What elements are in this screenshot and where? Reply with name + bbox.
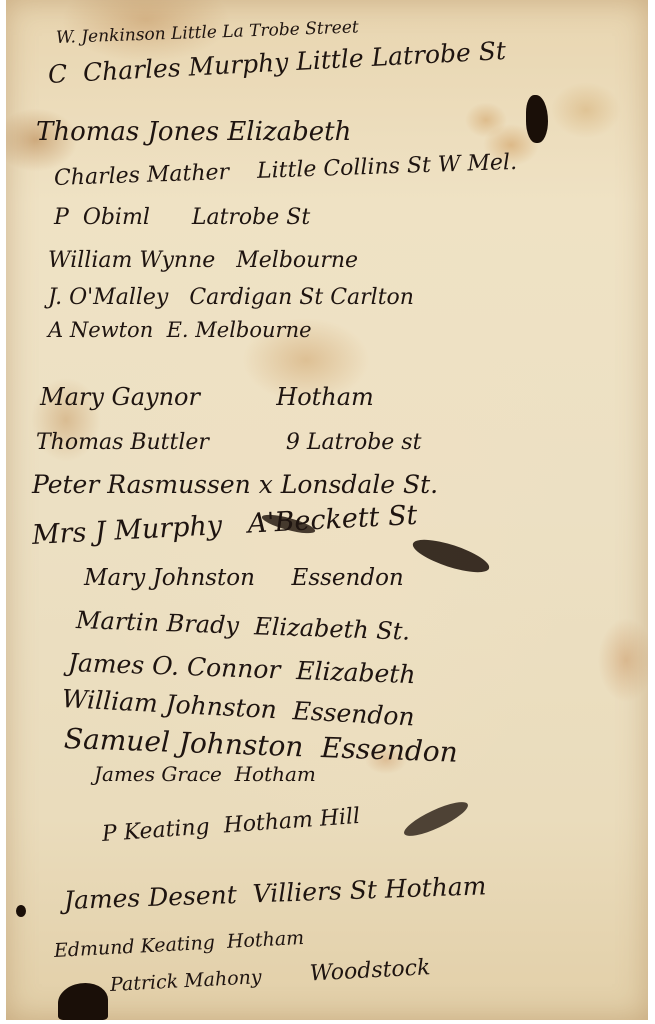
entry-address: Hotham [276,383,374,411]
entry-address: Latrobe St [192,205,310,230]
entry-line: Edmund Keating Hotham [53,927,304,962]
entry-name: Thomas Jones [36,117,219,147]
entry-line: Martin Brady Elizabeth St. [76,606,411,646]
ink-smear-middle [410,533,493,579]
entry-line: Peter Rasmussen x Lonsdale St. [32,470,438,499]
entry-name: Mrs J Murphy [31,510,223,551]
entry-address: Hotham [226,927,304,953]
entry-address: Cardigan St Carlton [189,285,414,310]
entry-line: Mary Gaynor Hotham [40,383,374,411]
entry-name: Thomas Buttler [36,430,209,455]
entry-address: Lonsdale St. [281,470,438,499]
entry-line: James Grace Hotham [94,762,316,786]
entry-prefix: C [47,59,68,89]
entry-address: Woodstock [309,955,431,986]
entry-address: Hotham [235,762,316,786]
ink-blot-top-right [526,95,548,143]
entry-name: J. O'Malley [48,285,168,310]
entry-prefix: P [54,205,69,230]
entry-address: Elizabeth [296,656,416,689]
entry-name: William Johnston [61,684,277,724]
ink-smear-hill [400,796,471,842]
entry-line: James O. Connor Elizabeth [67,648,415,689]
entry-line: Patrick Mahony Woodstock [109,955,431,997]
entry-line: Thomas Jones Elizabeth [36,117,351,147]
entry-address: Melbourne [236,248,358,273]
entry-line: J. O'Malley Cardigan St Carlton [48,285,414,310]
entry-address: Essendon [292,565,404,591]
entry-name: Peter Rasmussen [32,470,251,499]
entry-line: Charles Mather Little Collins St W Mel. [54,150,518,191]
entry-line: P Obiml Latrobe St [54,205,310,230]
entry-line: Thomas Buttler 9 Latrobe st [36,430,421,455]
entry-name: Samuel Johnston [63,722,304,763]
entry-line: James Desent Villiers St Hotham [63,871,486,915]
ink-dot-left [16,905,26,917]
entry-name: James O. Connor [67,648,280,684]
entry-name: James Grace [94,762,222,786]
entry-address: Little Latrobe St [295,36,506,76]
entry-address: Essendon [321,731,459,769]
entry-address: Elizabeth St. [254,612,411,645]
entry-line: William Wynne Melbourne [48,248,358,273]
entry-name: Charles Mather [54,160,230,191]
entry-line: W. Jenkinson Little La Trobe Street [56,17,359,48]
entry-address: Little La Trobe Street [171,17,359,44]
entry-name: William Wynne [48,248,215,273]
entry-name: Charles Murphy [82,47,289,87]
entry-address: Elizabeth [227,117,351,147]
entry-name: Martin Brady [76,606,240,640]
entry-line: Mary Johnston Essendon [84,565,404,591]
entry-address: 9 Latrobe st [286,430,422,455]
entry-name: James Desent [63,880,237,915]
entry-name: W. Jenkinson [56,24,166,48]
ink-blot-bottom-left [58,983,108,1020]
entry-name: Patrick Mahony [109,966,262,996]
entry-address: E. Melbourne [167,318,312,342]
entry-name: P Keating [101,815,210,847]
entry-address: A'Beckett St [247,500,418,540]
entry-mark: x [259,470,273,499]
entry-name: Mary Johnston [84,565,255,591]
entry-name: Obiml [83,205,150,230]
entry-address: Little Collins St W Mel. [257,150,518,184]
entry-address: Essendon [292,696,415,731]
entry-line: Mrs J Murphy A'Beckett St [31,500,418,551]
entry-name: A Newton [48,318,153,342]
entry-address: Hotham Hill [223,804,361,838]
entry-name: Mary Gaynor [40,383,200,411]
entry-line: A Newton E. Melbourne [48,318,312,342]
entry-name: Edmund Keating [53,932,215,962]
entry-address: Villiers St Hotham [252,871,487,908]
document-page: W. Jenkinson Little La Trobe Street C Ch… [6,0,648,1020]
entry-line: P Keating Hotham Hill [101,804,361,847]
